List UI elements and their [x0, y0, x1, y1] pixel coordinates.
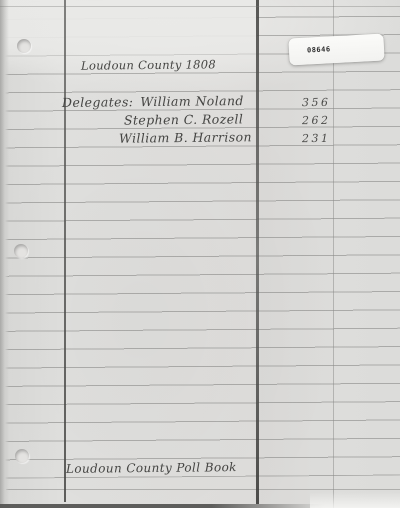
catalog-sticker: 08646 — [288, 34, 384, 66]
catalog-number: 08646 — [307, 45, 331, 54]
vertical-crease-line — [256, 0, 259, 504]
punch-hole-middle — [14, 244, 28, 258]
scanned-poll-book-page: 08646 Loudoun County 1808 Delegates:Will… — [0, 0, 400, 508]
candidate-votes: 231 — [302, 132, 331, 145]
candidate-row: Delegates:William Noland — [62, 93, 244, 110]
candidate-name: William Noland — [140, 93, 244, 109]
left-margin-line — [64, 0, 66, 502]
office-label: Delegates: — [62, 94, 133, 110]
candidate-votes: 262 — [302, 114, 331, 127]
page-title: Loudoun County 1808 — [81, 57, 216, 72]
footer-note: Loudoun County Poll Book — [66, 460, 237, 476]
paper-bottom-edge — [0, 504, 325, 508]
paper-top-edge — [0, 6, 400, 7]
paper-corner-highlight — [310, 492, 400, 508]
vertical-faint-line — [333, 0, 334, 508]
punch-hole-bottom — [15, 449, 29, 463]
punch-hole-top — [17, 39, 31, 53]
candidate-name: Stephen C. Rozell — [124, 111, 243, 127]
candidate-name: William B. Harrison — [119, 129, 252, 145]
candidate-votes: 356 — [302, 96, 331, 109]
paper-left-edge — [0, 0, 9, 508]
